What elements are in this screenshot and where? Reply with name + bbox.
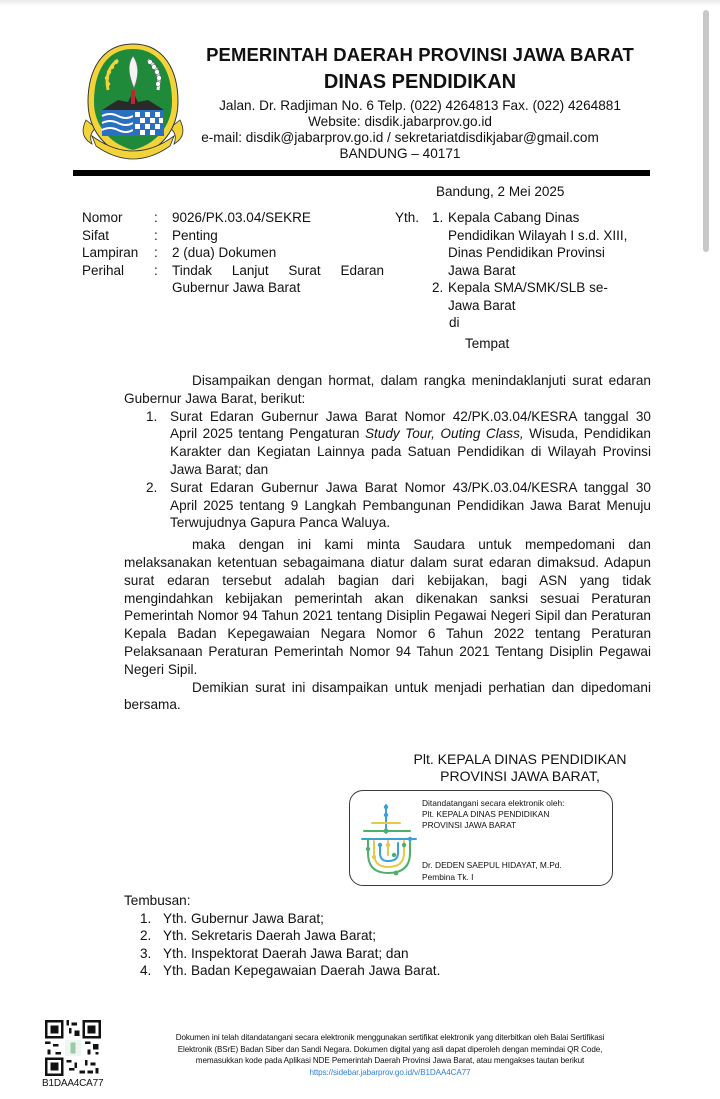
email: e-mail: disdik@jabarprov.go.id / sekreta… [140,130,660,146]
vertical-scrollbar[interactable] [703,10,709,252]
addressee-line: Dinas Pendidikan Provinsi [448,244,627,262]
item-number: 2. [432,279,448,314]
carbon-copy-text: Yth. Inspektorat Daerah Jawa Barat; dan [163,945,409,963]
instruction-paragraph: maka dengan ini kami minta Saudara untuk… [124,536,651,678]
item-number: 1. [432,209,448,279]
carbon-copy-item: 2.Yth. Sekretaris Daerah Jawa Barat; [124,927,440,945]
reference-item: 1. Surat Edaran Gubernur Jawa Barat Nomo… [146,408,651,479]
addressee-prefix: Yth. [395,209,419,227]
addressee-list: 1. Kepala Cabang Dinas Pendidikan Wilaya… [432,209,632,352]
addressee-tempat: Tempat [432,335,632,353]
qr-code-id: B1DAA4CA77 [42,1078,103,1089]
e-signature-notice: Dokumen ini telah ditandatangani secara … [125,1032,655,1078]
addressee-line: Jawa Barat [448,297,608,315]
qr-code-icon[interactable] [45,1020,101,1076]
carbon-copy-list: Tembusan: 1.Yth. Gubernur Jawa Barat; 2.… [124,892,440,980]
signatory-name: Dr. DEDEN SAEPUL HIDAYAT, M.Pd. [422,860,562,871]
meta-colon: : [154,262,172,280]
letter-page: PEMERINTAH DAERAH PROVINSI JAWA BARAT DI… [0,0,720,1099]
e-signature-text: Ditandatangani secara elektronik oleh: P… [422,798,564,831]
meta-value: 9026/PK.03.04/SEKRE [172,209,382,227]
carbon-copy-item: 3.Yth. Inspektorat Daerah Jawa Barat; da… [124,945,440,963]
carbon-copy-item: 4.Yth. Badan Kepegawaian Daerah Jawa Bar… [124,962,440,980]
addressee-lines: Kepala Cabang Dinas Pendidikan Wilayah I… [448,209,627,279]
agency-name: DINAS PENDIDIKAN [180,68,660,96]
addressee-item: 1. Kepala Cabang Dinas Pendidikan Wilaya… [432,209,632,279]
e-signature-box: Ditandatangani secara elektronik oleh: P… [349,790,613,886]
notice-line: Dokumen ini telah ditandatangani secara … [125,1032,655,1044]
item-number: 4. [140,962,163,980]
reference-item: 2. Surat Edaran Gubernur Jawa Barat Nomo… [146,479,651,532]
letter-meta: Nomor : 9026/PK.03.04/SEKRE Sifat : Pent… [82,209,384,297]
addressee-lines: Kepala SMA/SMK/SLB se- Jawa Barat [448,279,608,314]
meta-label: Lampiran [82,244,154,262]
letterhead-divider [73,170,650,176]
letterhead: PEMERINTAH DAERAH PROVINSI JAWA BARAT DI… [180,42,660,162]
notice-line: Elektronik (BSrE) Badan Siber dan Sandi … [125,1044,655,1056]
meta-value: 2 (dua) Dokumen [172,244,382,262]
address: Jalan. Dr. Radjiman No. 6 Telp. (022) 42… [180,98,660,114]
addressee-line: Jawa Barat [448,262,627,280]
carbon-copy-text: Yth. Gubernur Jawa Barat; [163,910,324,928]
e-signature-position: PROVINSI JAWA BARAT [422,820,564,831]
addressee-item: 2. Kepala SMA/SMK/SLB se- Jawa Barat [432,279,632,314]
meta-spacer [154,279,172,297]
meta-value: Tindak Lanjut Surat Edaran [172,262,384,280]
carbon-copy-item: 1.Yth. Gubernur Jawa Barat; [124,910,440,928]
e-signature-caption: Ditandatangani secara elektronik oleh: [422,798,564,809]
top-shadow [0,0,720,6]
city-postal: BANDUNG – 40171 [140,146,660,162]
carbon-copy-label: Tembusan: [124,892,440,910]
reference-text: Surat Edaran Gubernur Jawa Barat Nomor 4… [170,479,651,532]
item-number: 1. [140,910,163,928]
item-number: 2. [122,479,170,532]
item-number: 3. [140,945,163,963]
verification-link[interactable]: https://sidebar.jabarprov.go.id/v/B1DAA4… [125,1067,655,1079]
signatory-title-line: PROVINSI JAWA BARAT, [380,768,660,785]
meta-row-perihal-cont: Gubernur Jawa Barat [82,279,384,297]
signatory-rank: Pembina Tk. I [422,872,474,883]
meta-row-perihal: Perihal : Tindak Lanjut Surat Edaran [82,262,384,280]
addressee-line: Kepala Cabang Dinas [448,209,627,227]
signatory-title: Plt. KEPALA DINAS PENDIDIKAN PROVINSI JA… [380,751,660,785]
meta-colon: : [154,227,172,245]
meta-value: Gubernur Jawa Barat [172,279,382,297]
reference-list: 1. Surat Edaran Gubernur Jawa Barat Nomo… [124,408,651,533]
meta-colon: : [154,244,172,262]
letter-body: Disampaikan dengan hormat, dalam rangka … [124,372,651,714]
meta-label: Perihal [82,262,154,280]
addressee-di: di [432,314,632,332]
item-number: 2. [140,927,163,945]
carbon-copy-text: Yth. Badan Kepegawaian Daerah Jawa Barat… [163,962,440,980]
meta-row-nomor: Nomor : 9026/PK.03.04/SEKRE [82,209,384,227]
website: Website: disdik.jabarprov.go.id [140,114,660,130]
meta-row-lampiran: Lampiran : 2 (dua) Dokumen [82,244,384,262]
meta-label: Nomor [82,209,154,227]
opening-paragraph: Disampaikan dengan hormat, dalam rangka … [124,372,651,408]
notice-line: memasukkan kode pada Aplikasi NDE Pemeri… [125,1055,655,1067]
addressee-line: Pendidikan Wilayah I s.d. XIII, [448,227,627,245]
meta-spacer [82,279,154,297]
meta-label: Sifat [82,227,154,245]
letter-date: Bandung, 2 Mei 2025 [436,184,564,199]
signatory-title-line: Plt. KEPALA DINAS PENDIDIKAN [380,751,660,768]
reference-text-italic: Study Tour, Outing Class, [365,426,524,441]
government-name: PEMERINTAH DAERAH PROVINSI JAWA BARAT [180,42,660,68]
carbon-copy-text: Yth. Sekretaris Daerah Jawa Barat; [163,927,376,945]
meta-colon: : [154,209,172,227]
closing-paragraph: Demikian surat ini disampaikan untuk men… [124,679,651,715]
meta-value: Penting [172,227,382,245]
reference-text: Surat Edaran Gubernur Jawa Barat Nomor 4… [170,408,651,479]
e-signature-emblem-icon [360,801,418,877]
e-signature-position: Plt. KEPALA DINAS PENDIDIKAN [422,809,564,820]
addressee-line: Kepala SMA/SMK/SLB se- [448,279,608,297]
meta-row-sifat: Sifat : Penting [82,227,384,245]
item-number: 1. [122,408,170,479]
